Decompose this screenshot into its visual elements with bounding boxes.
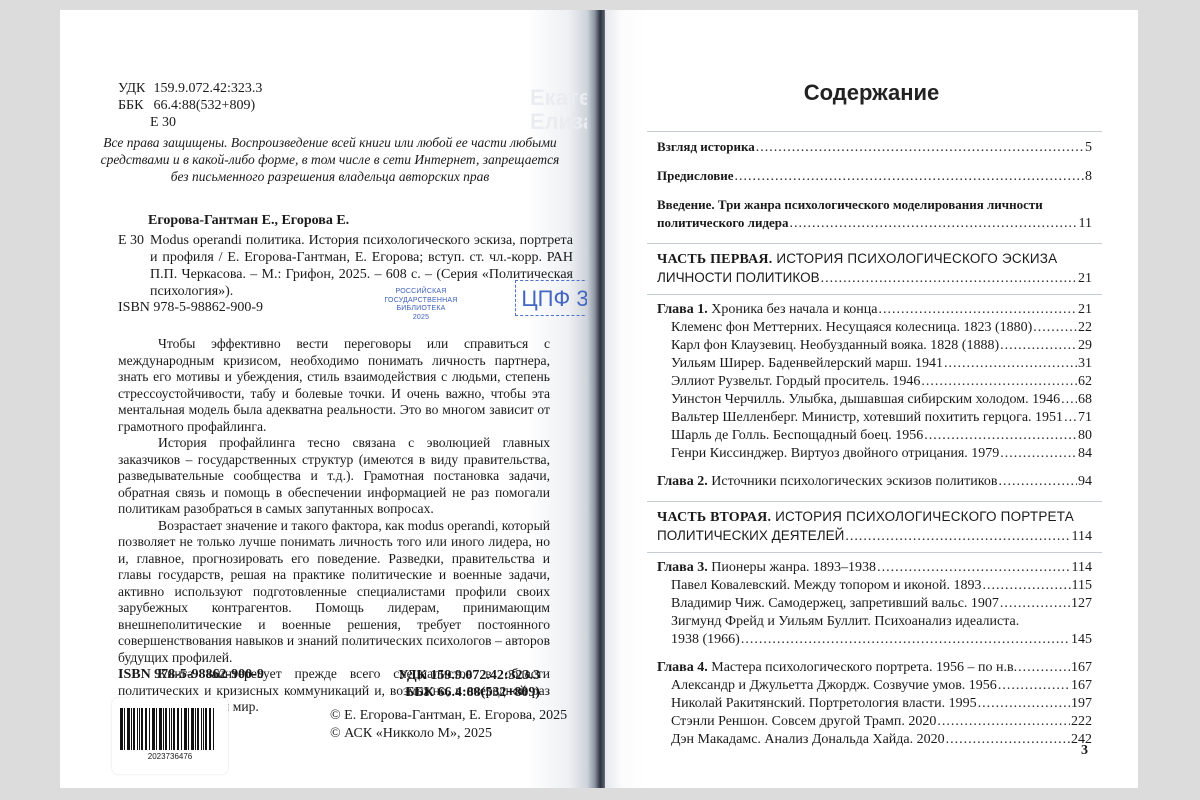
leader-dots bbox=[1061, 391, 1077, 409]
leader-dots bbox=[921, 373, 1077, 391]
leader-dots bbox=[1033, 319, 1077, 337]
bbk-value: 66.4:88(532+809) bbox=[154, 98, 256, 113]
toc-entry-title: Стэнли Реншон. Совсем другой Трамп. 2020 bbox=[671, 713, 936, 731]
toc-subentry[interactable]: Эллиот Рузвельт. Гордый проситель. 19466… bbox=[657, 373, 1092, 391]
toc-page-number: 114 bbox=[1072, 528, 1092, 546]
leader-dots bbox=[1000, 337, 1077, 355]
spacer bbox=[657, 649, 1092, 659]
toc-entry-title: Зигмунд Фрейд и Уильям Буллит. Психоанал… bbox=[671, 613, 1092, 631]
leader-dots bbox=[741, 631, 1070, 649]
toc-entry-title: Дэн Макадамс. Анализ Дональда Хайда. 202… bbox=[671, 731, 945, 749]
toc-subentry[interactable]: Шарль де Голль. Беспощадный боец. 195680 bbox=[657, 427, 1092, 445]
toc-subentry[interactable]: Стэнли Реншон. Совсем другой Трамп. 2020… bbox=[657, 713, 1092, 731]
spacer bbox=[657, 157, 1092, 167]
cpf-stamp: ЦПФ 3 bbox=[515, 280, 595, 316]
bib-text: Modus operandi политика. История психоло… bbox=[150, 232, 573, 300]
part-title-cont: ЛИЧНОСТИ ПОЛИТИКОВ bbox=[657, 269, 820, 287]
leader-dots bbox=[946, 731, 1070, 749]
toc-part-2[interactable]: ЧАСТЬ ВТОРАЯ. ИСТОРИЯ ПСИХОЛОГИЧЕСКОГО П… bbox=[657, 508, 1092, 546]
spacer bbox=[657, 463, 1092, 473]
book-spread: Екатерина Егорова-Гантман Елизавета Егор… bbox=[60, 10, 1138, 788]
toc-entry-title-cont: политического лидера bbox=[657, 214, 789, 232]
toc-subentry[interactable]: Карл фон Клаузевиц. Необузданный вояка. … bbox=[657, 337, 1092, 355]
toc-page-number: 22 bbox=[1078, 319, 1092, 337]
toc-page-number: 21 bbox=[1078, 301, 1092, 319]
leader-dots bbox=[998, 677, 1070, 695]
part-prefix: ЧАСТЬ ВТОРАЯ. bbox=[657, 510, 771, 525]
classification-block: УДК 159.9.072.42:323.3 ББК 66.4:88(532+8… bbox=[118, 80, 262, 131]
annotation: Чтобы эффективно вести переговоры или сп… bbox=[118, 336, 550, 716]
leader-dots bbox=[1000, 595, 1070, 613]
leader-dots bbox=[1000, 445, 1077, 463]
page-number: 3 bbox=[1081, 743, 1088, 759]
leader-dots bbox=[877, 559, 1070, 577]
chapter-label: Глава 3. bbox=[657, 560, 708, 575]
leader-dots bbox=[756, 139, 1084, 157]
bibliographic-description: Е 30 Modus operandi политика. История пс… bbox=[118, 232, 573, 300]
toc-page-number: 71 bbox=[1078, 409, 1092, 427]
stamp-line: БИБЛИОТЕКА bbox=[375, 305, 467, 314]
toc-entry-title: Клеменс фон Меттерних. Несущаяся колесни… bbox=[671, 319, 1032, 337]
toc-page-number: 5 bbox=[1085, 139, 1092, 157]
toc-page-number: 62 bbox=[1078, 373, 1092, 391]
chapter-label: Глава 1. bbox=[657, 302, 708, 317]
annotation-paragraph: История профайлинга тесно связана с эвол… bbox=[118, 435, 550, 518]
toc-page-number: 114 bbox=[1072, 559, 1092, 577]
spacer bbox=[657, 186, 1092, 196]
leader-dots bbox=[845, 528, 1070, 546]
isbn: ISBN 978-5-98862-900-9 bbox=[118, 300, 263, 316]
stamp-line: ГОСУДАРСТВЕННАЯ bbox=[375, 297, 467, 306]
leader-dots bbox=[1064, 409, 1077, 427]
toc-entry-title: Эллиот Рузвельт. Гордый проситель. 1946 bbox=[671, 373, 920, 391]
toc-subentry[interactable]: Зигмунд Фрейд и Уильям Буллит. Психоанал… bbox=[657, 613, 1092, 649]
toc-page-number: 31 bbox=[1078, 355, 1092, 373]
toc-subentry[interactable]: Уинстон Черчилль. Улыбка, дышавшая сибир… bbox=[657, 391, 1092, 409]
toc-page-number: 21 bbox=[1078, 270, 1092, 288]
chapter-title: Пионеры жанра. 1893–1938 bbox=[711, 560, 876, 575]
leader-dots bbox=[978, 695, 1070, 713]
chapter-label: Глава 2. bbox=[657, 474, 708, 489]
toc-page-number: 115 bbox=[1072, 577, 1092, 595]
toc-entry-title: Уинстон Черчилль. Улыбка, дышавшая сибир… bbox=[671, 391, 1060, 409]
footer-bbk: ББК 66.4:88(532+809) bbox=[398, 684, 540, 701]
rights-notice: Все права защищены. Воспроизведение всей… bbox=[100, 134, 560, 185]
leader-dots bbox=[790, 215, 1078, 233]
divider bbox=[647, 131, 1102, 132]
copyright-line: © АСК «Никколо М», 2025 bbox=[330, 725, 567, 743]
chapter-title: Хроника без начала и конца bbox=[711, 302, 877, 317]
toc-chapter[interactable]: Глава 1. Хроника без начала и конца21 bbox=[657, 301, 1092, 319]
toc-page-number: 167 bbox=[1071, 659, 1092, 677]
copyright: © Е. Егорова-Гантман, Е. Егорова, 2025 ©… bbox=[330, 707, 567, 743]
toc-entry[interactable]: Предисловие8 bbox=[657, 167, 1092, 186]
toc-entry-title: Введение. Три жанра психологического мод… bbox=[657, 196, 1092, 214]
leader-dots bbox=[879, 301, 1077, 319]
toc-entry-title: Шарль де Голль. Беспощадный боец. 1956 bbox=[671, 427, 923, 445]
bib-code: Е 30 bbox=[118, 232, 144, 249]
toc-entry-title: Предисловие bbox=[657, 167, 734, 185]
stamp-line: 2025 bbox=[375, 314, 467, 323]
authors: Егорова-Гантман Е., Егорова Е. bbox=[148, 213, 349, 229]
author-mark: Е 30 bbox=[118, 114, 262, 131]
barcode-sticker: 2023736476 bbox=[112, 698, 228, 774]
chapter-title: Источники психологических эскизов полити… bbox=[711, 474, 997, 489]
stamp-line: РОССИЙСКАЯ bbox=[375, 288, 467, 297]
toc-subentry[interactable]: Клеменс фон Меттерних. Несущаяся колесни… bbox=[657, 319, 1092, 337]
toc-page-number: 8 bbox=[1085, 168, 1092, 186]
copyright-line: © Е. Егорова-Гантман, Е. Егорова, 2025 bbox=[330, 707, 567, 725]
toc-entry-title: Александр и Джульетта Джордж. Созвучие у… bbox=[671, 677, 997, 695]
toc-entry-title: Вальтер Шелленберг. Министр, хотевший по… bbox=[671, 409, 1063, 427]
toc-entry-title: Николай Ракитянский. Портретология власт… bbox=[671, 695, 977, 713]
toc-subentry[interactable]: Александр и Джульетта Джордж. Созвучие у… bbox=[657, 677, 1092, 695]
toc-page-number: 80 bbox=[1078, 427, 1092, 445]
toc-page-number: 222 bbox=[1071, 713, 1092, 731]
leader-dots bbox=[821, 270, 1077, 288]
toc-entry-title: Павел Ковалевский. Между топором и иконо… bbox=[671, 577, 982, 595]
toc-chapter[interactable]: Глава 3. Пионеры жанра. 1893–1938114 bbox=[657, 559, 1092, 577]
toc-subentry[interactable]: Николай Ракитянский. Портретология власт… bbox=[657, 695, 1092, 713]
toc-page-number: 68 bbox=[1078, 391, 1092, 409]
leader-dots bbox=[1018, 659, 1070, 677]
toc-chapter[interactable]: Глава 2. Источники психологических эскиз… bbox=[657, 473, 1092, 491]
toc-page-number: 94 bbox=[1078, 473, 1092, 491]
toc-entry-title: Взгляд историка bbox=[657, 138, 755, 156]
toc-subentry[interactable]: Дэн Макадамс. Анализ Дональда Хайда. 202… bbox=[657, 731, 1092, 749]
annotation-paragraph: Возрастает значение и такого фактора, ка… bbox=[118, 518, 550, 667]
toc-entry-introduction[interactable]: Введение. Три жанра психологического мод… bbox=[657, 196, 1092, 233]
toc-entry-title: Генри Киссинджер. Виртуоз двойного отриц… bbox=[671, 445, 999, 463]
leader-dots bbox=[937, 713, 1070, 731]
divider bbox=[647, 294, 1102, 295]
part-title: ИСТОРИЯ ПСИХОЛОГИЧЕСКОГО ЭСКИЗА bbox=[776, 251, 1057, 266]
toc-page-number: 11 bbox=[1079, 215, 1092, 233]
chapter-label: Глава 4. bbox=[657, 660, 708, 675]
toc-page-number: 84 bbox=[1078, 445, 1092, 463]
right-page: Содержание Взгляд историка5 Предисловие8… bbox=[605, 10, 1138, 788]
footer-isbn: ISBN 978-5-98862-900-9 bbox=[118, 667, 264, 683]
part-prefix: ЧАСТЬ ПЕРВАЯ. bbox=[657, 252, 772, 267]
toc-page-number: 29 bbox=[1078, 337, 1092, 355]
table-of-contents: Взгляд историка5 Предисловие8 Введение. … bbox=[657, 127, 1092, 749]
chapter-title: Мастера психологического портрета. 1956 … bbox=[711, 660, 1017, 675]
barcode-number: 2023736476 bbox=[112, 752, 228, 761]
toc-subentry[interactable]: Уильям Ширер. Баденвейлерский марш. 1941… bbox=[657, 355, 1092, 373]
footer-classification: УДК 159.9.072.42:323.3 ББК 66.4:88(532+8… bbox=[398, 667, 540, 701]
toc-entry[interactable]: Взгляд историка5 bbox=[657, 138, 1092, 157]
divider bbox=[647, 501, 1102, 502]
toc-subentry[interactable]: Генри Киссинджер. Виртуоз двойного отриц… bbox=[657, 445, 1092, 463]
toc-chapter[interactable]: Глава 4. Мастера психологического портре… bbox=[657, 659, 1092, 677]
part-title-cont: ПОЛИТИЧЕСКИХ ДЕЯТЕЛЕЙ bbox=[657, 527, 844, 545]
toc-subentry[interactable]: Владимир Чиж. Самодержец, запретивший ва… bbox=[657, 595, 1092, 613]
toc-entry-title: Карл фон Клаузевиц. Необузданный вояка. … bbox=[671, 337, 999, 355]
toc-entry-title: Владимир Чиж. Самодержец, запретивший ва… bbox=[671, 595, 999, 613]
toc-part-1[interactable]: ЧАСТЬ ПЕРВАЯ. ИСТОРИЯ ПСИХОЛОГИЧЕСКОГО Э… bbox=[657, 250, 1092, 288]
toc-subentry[interactable]: Павел Ковалевский. Между топором и иконо… bbox=[657, 577, 1092, 595]
leader-dots bbox=[944, 355, 1077, 373]
page-title: Содержание bbox=[605, 80, 1138, 106]
toc-page-number: 145 bbox=[1071, 631, 1092, 649]
toc-subentry[interactable]: Вальтер Шелленберг. Министр, хотевший по… bbox=[657, 409, 1092, 427]
part-title: ИСТОРИЯ ПСИХОЛОГИЧЕСКОГО ПОРТРЕТА bbox=[775, 509, 1074, 524]
bbk-label: ББК bbox=[118, 97, 150, 114]
udk-label: УДК bbox=[118, 80, 150, 97]
toc-page-number: 197 bbox=[1071, 695, 1092, 713]
barcode-icon bbox=[120, 708, 220, 750]
divider bbox=[647, 243, 1102, 244]
toc-page-number: 167 bbox=[1071, 677, 1092, 695]
leader-dots bbox=[735, 168, 1084, 186]
divider bbox=[647, 552, 1102, 553]
toc-page-number: 127 bbox=[1071, 595, 1092, 613]
leader-dots bbox=[998, 473, 1077, 491]
toc-entry-title: Уильям Ширер. Баденвейлерский марш. 1941 bbox=[671, 355, 943, 373]
library-stamp: РОССИЙСКАЯ ГОСУДАРСТВЕННАЯ БИБЛИОТЕКА 20… bbox=[375, 288, 467, 322]
left-page: Екатерина Егорова-Гантман Елизавета Егор… bbox=[60, 10, 590, 788]
leader-dots bbox=[924, 427, 1077, 445]
toc-entry-title-cont: 1938 (1966) bbox=[671, 631, 740, 649]
footer-udk: УДК 159.9.072.42:323.3 bbox=[398, 667, 540, 684]
udk-value: 159.9.072.42:323.3 bbox=[154, 81, 263, 96]
leader-dots bbox=[983, 577, 1071, 595]
annotation-paragraph: Чтобы эффективно вести переговоры или сп… bbox=[118, 336, 550, 435]
